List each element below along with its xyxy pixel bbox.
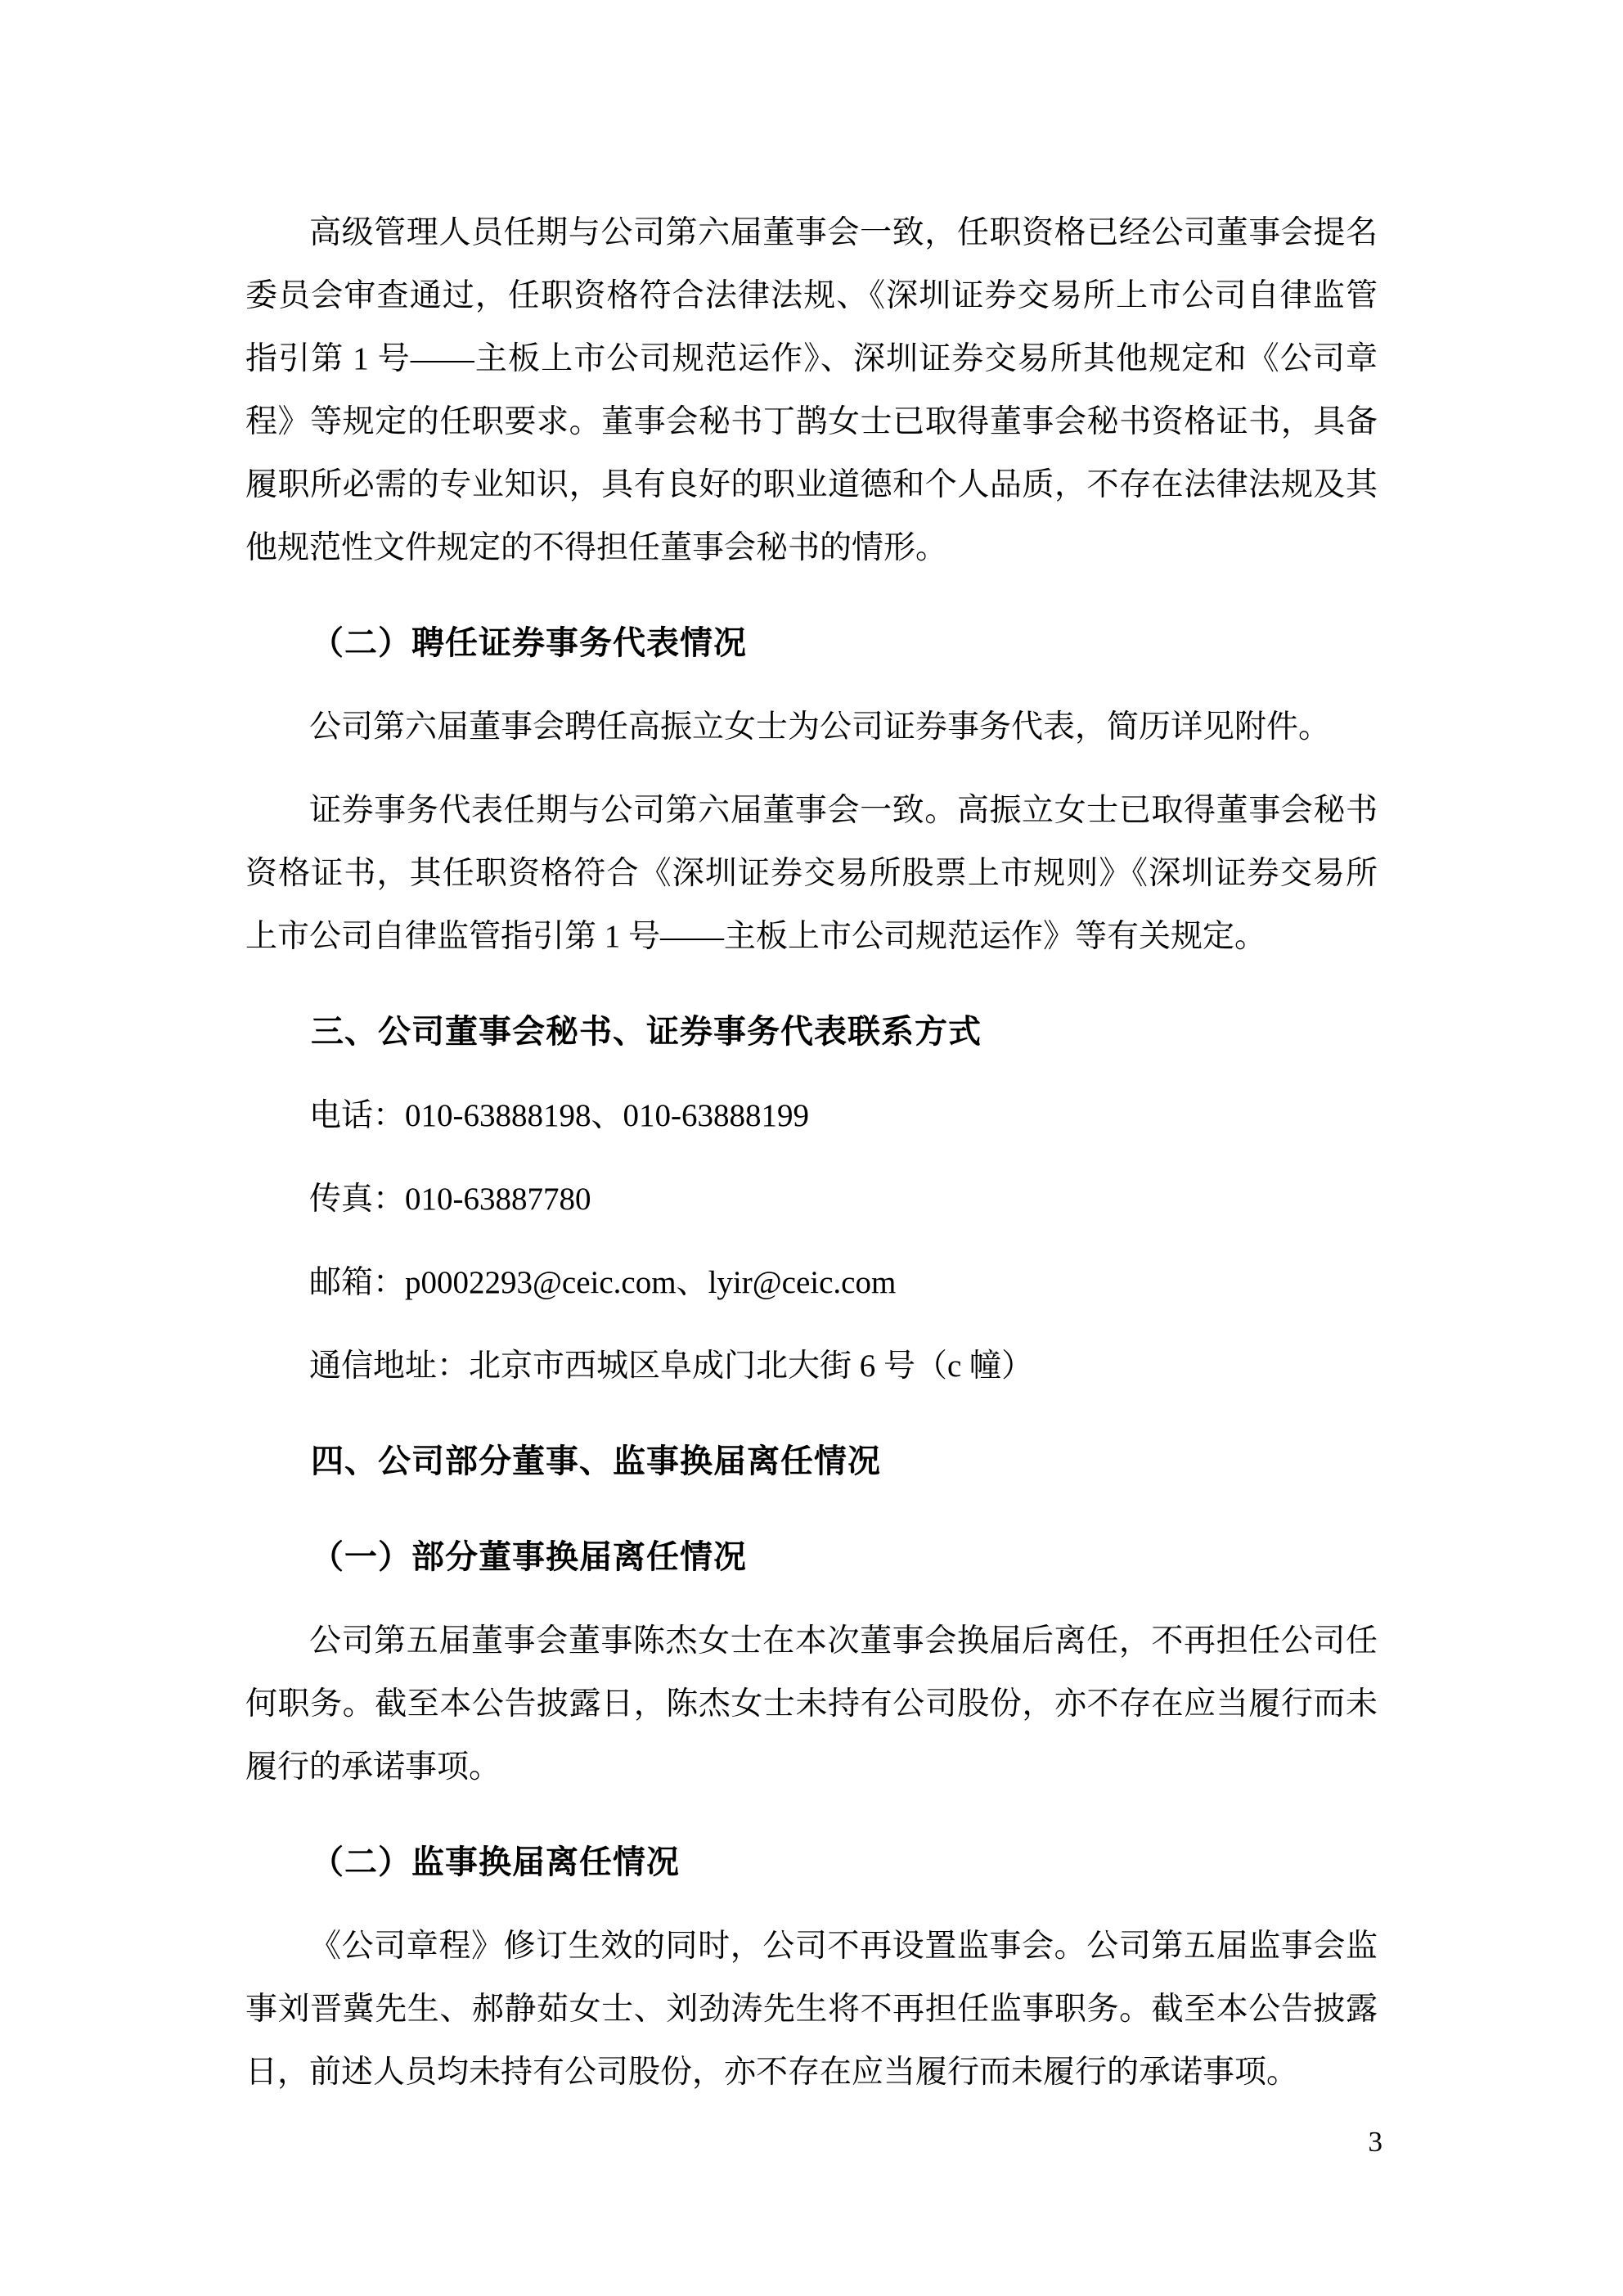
contact-phone-line: 电话：010-63888198、010-63888199 (245, 1084, 1378, 1147)
document-page: 高级管理人员任期与公司第六届董事会一致，任职资格已经公司董事会提名委员会审查通过… (0, 0, 1623, 2296)
contact-fax-line: 传真：010-63887780 (245, 1168, 1378, 1231)
contact-address-line: 通信地址：北京市西城区阜成门北大街 6 号（c 幢） (245, 1335, 1378, 1398)
contact-email-line: 邮箱：p0002293@ceic.com、lyir@ceic.com (245, 1251, 1378, 1314)
paragraph-appoint-securities-rep: 公司第六届董事会聘任高振立女士为公司证券事务代表，简历详见附件。 (245, 696, 1378, 759)
paragraph-securities-rep-term: 证券事务代表任期与公司第六届董事会一致。高振立女士已取得董事会秘书资格证书，其任… (245, 779, 1378, 968)
paragraph-supervisor-departure: 《公司章程》修订生效的同时，公司不再设置监事会。公司第五届监事会监事刘晋冀先生、… (245, 1915, 1378, 2104)
heading-section-4-departures: 四、公司部分董事、监事换届离任情况 (245, 1430, 1378, 1493)
heading-sub1-director-departure: （一）部分董事换届离任情况 (245, 1526, 1378, 1589)
heading-sub2-securities-affairs-rep: （二）聘任证券事务代表情况 (245, 612, 1378, 675)
page-number: 3 (245, 2126, 1382, 2159)
heading-sub2-supervisor-departure: （二）监事换届离任情况 (245, 1831, 1378, 1894)
heading-section-3-contact-info: 三、公司董事会秘书、证券事务代表联系方式 (245, 1001, 1378, 1064)
paragraph-senior-management-qualification: 高级管理人员任期与公司第六届董事会一致，任职资格已经公司董事会提名委员会审查通过… (245, 201, 1378, 579)
document-content: 高级管理人员任期与公司第六届董事会一致，任职资格已经公司董事会提名委员会审查通过… (245, 201, 1378, 2124)
paragraph-director-departure: 公司第五届董事会董事陈杰女士在本次董事会换届后离任，不再担任公司任何职务。截至本… (245, 1609, 1378, 1799)
